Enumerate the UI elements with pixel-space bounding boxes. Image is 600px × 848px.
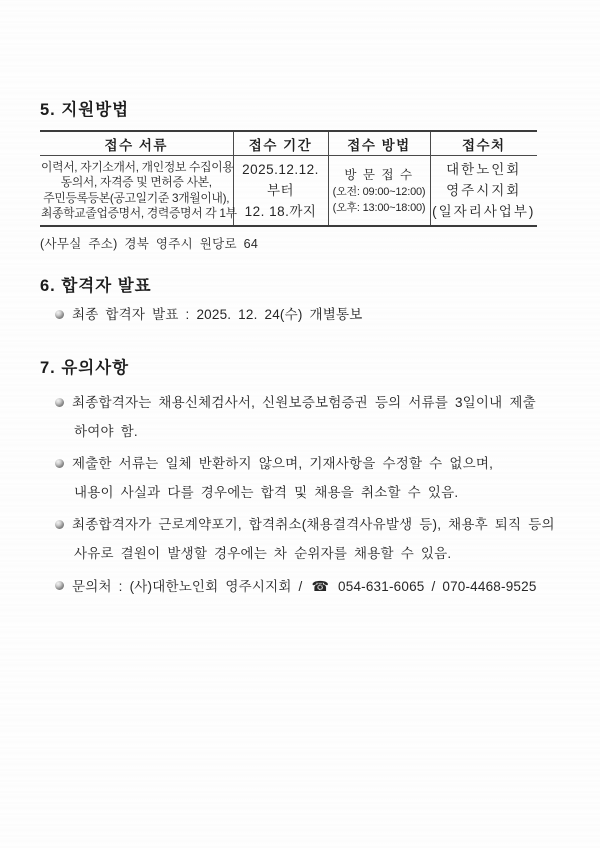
documents-line: 이력서, 자기소개서, 개인정보 수집이용	[41, 160, 232, 176]
note-text: 최종합격자가 근로계약포기, 합격취소(채용결격사유발생 등), 채용후 퇴직 …	[72, 515, 555, 535]
documents-line: 동의서, 자격증 및 면허증 사본,	[41, 175, 232, 191]
documents-cell: 이력서, 자기소개서, 개인정보 수집이용 동의서, 자격증 및 면허증 사본,…	[40, 156, 233, 227]
note-item: 제출한 서류는 일체 반환하지 않으며, 기재사항을 수정할 수 없으며, 내용…	[40, 454, 565, 503]
note-item: 최종합격자가 근로계약포기, 합격취소(채용결격사유발생 등), 채용후 퇴직 …	[40, 515, 565, 564]
note-line: 최종합격자가 근로계약포기, 합격취소(채용결격사유발생 등), 채용후 퇴직 …	[40, 515, 565, 535]
document-page: 5. 지원방법 접수 서류 접수 기간 접수 방법 접수처 이력서, 자기소개서…	[0, 0, 600, 848]
sphere-bullet-icon	[55, 459, 64, 468]
announcement-item: 최종 합격자 발표 : 2025. 12. 24(수) 개별통보	[40, 305, 565, 325]
note-line: 제출한 서류는 일체 반환하지 않으며, 기재사항을 수정할 수 없으며,	[40, 454, 565, 474]
note-text: 제출한 서류는 일체 반환하지 않으며, 기재사항을 수정할 수 없으며,	[72, 454, 493, 474]
announcement-text: 최종 합격자 발표 : 2025. 12. 24(수) 개별통보	[72, 305, 362, 325]
section-6-heading: 6. 합격자 발표	[40, 275, 565, 297]
period-line: 부터	[235, 180, 327, 201]
office-address-note: (사무실 주소) 경북 영주시 원당로 64	[40, 236, 565, 253]
method-time-pm: (오후: 13:00~18:00)	[330, 200, 429, 216]
col-header-method: 접수 방법	[328, 131, 430, 156]
col-header-documents: 접수 서류	[40, 131, 233, 156]
section-5-heading: 5. 지원방법	[40, 99, 565, 121]
note-continuation: 사유로 결원이 발생할 경우에는 차 순위자를 채용할 수 있음.	[40, 544, 565, 564]
note-item: 최종합격자는 채용신체검사서, 신원보증보험증권 등의 서류를 3일이내 제출 …	[40, 393, 565, 442]
note-continuation: 내용이 사실과 다를 경우에는 합격 및 채용을 취소할 수 있음.	[40, 483, 565, 503]
contact-item: 문의처 : (사)대한노인회 영주시지회 / ☎ 054-631-6065 / …	[40, 576, 565, 597]
office-line: (일자리사업부)	[432, 201, 537, 222]
sphere-bullet-icon	[55, 520, 64, 529]
col-header-office: 접수처	[430, 131, 537, 156]
note-continuation: 하여야 함.	[40, 422, 565, 442]
method-time-am: (오전: 09:00~12:00)	[330, 184, 429, 200]
contact-text: 문의처 : (사)대한노인회 영주시지회 / ☎ 054-631-6065 / …	[72, 576, 537, 597]
documents-line: 주민등록등본(공고일기준 3개월이내),	[41, 191, 232, 207]
office-line: 대한노인회	[432, 159, 537, 180]
note-text: 최종합격자는 채용신체검사서, 신원보증보험증권 등의 서류를 3일이내 제출	[72, 393, 536, 413]
table-body-row: 이력서, 자기소개서, 개인정보 수집이용 동의서, 자격증 및 면허증 사본,…	[40, 156, 537, 227]
application-table: 접수 서류 접수 기간 접수 방법 접수처 이력서, 자기소개서, 개인정보 수…	[40, 130, 537, 227]
sphere-bullet-icon	[55, 310, 64, 319]
office-line: 영주시지회	[432, 180, 537, 201]
method-cell: 방 문 접 수 (오전: 09:00~12:00) (오후: 13:00~18:…	[328, 156, 430, 227]
table-header-row: 접수 서류 접수 기간 접수 방법 접수처	[40, 131, 537, 156]
sphere-bullet-icon	[55, 398, 64, 407]
phone-icon: ☎	[309, 578, 331, 594]
period-line: 2025.12.12.	[235, 159, 327, 180]
contact-prefix: 문의처 : (사)대한노인회 영주시지회 /	[72, 579, 302, 594]
sphere-bullet-icon	[55, 581, 64, 590]
contact-numbers: 054-631-6065 / 070-4468-9525	[338, 579, 537, 594]
method-line: 방 문 접 수	[330, 166, 429, 184]
period-cell: 2025.12.12. 부터 12. 18.까지	[233, 156, 328, 227]
period-line: 12. 18.까지	[235, 201, 327, 222]
note-line: 최종합격자는 채용신체검사서, 신원보증보험증권 등의 서류를 3일이내 제출	[40, 393, 565, 413]
office-cell: 대한노인회 영주시지회 (일자리사업부)	[430, 156, 537, 227]
section-7-heading: 7. 유의사항	[40, 357, 565, 379]
documents-line: 최종학교졸업증명서, 경력증명서 각 1부	[41, 206, 232, 222]
col-header-period: 접수 기간	[233, 131, 328, 156]
